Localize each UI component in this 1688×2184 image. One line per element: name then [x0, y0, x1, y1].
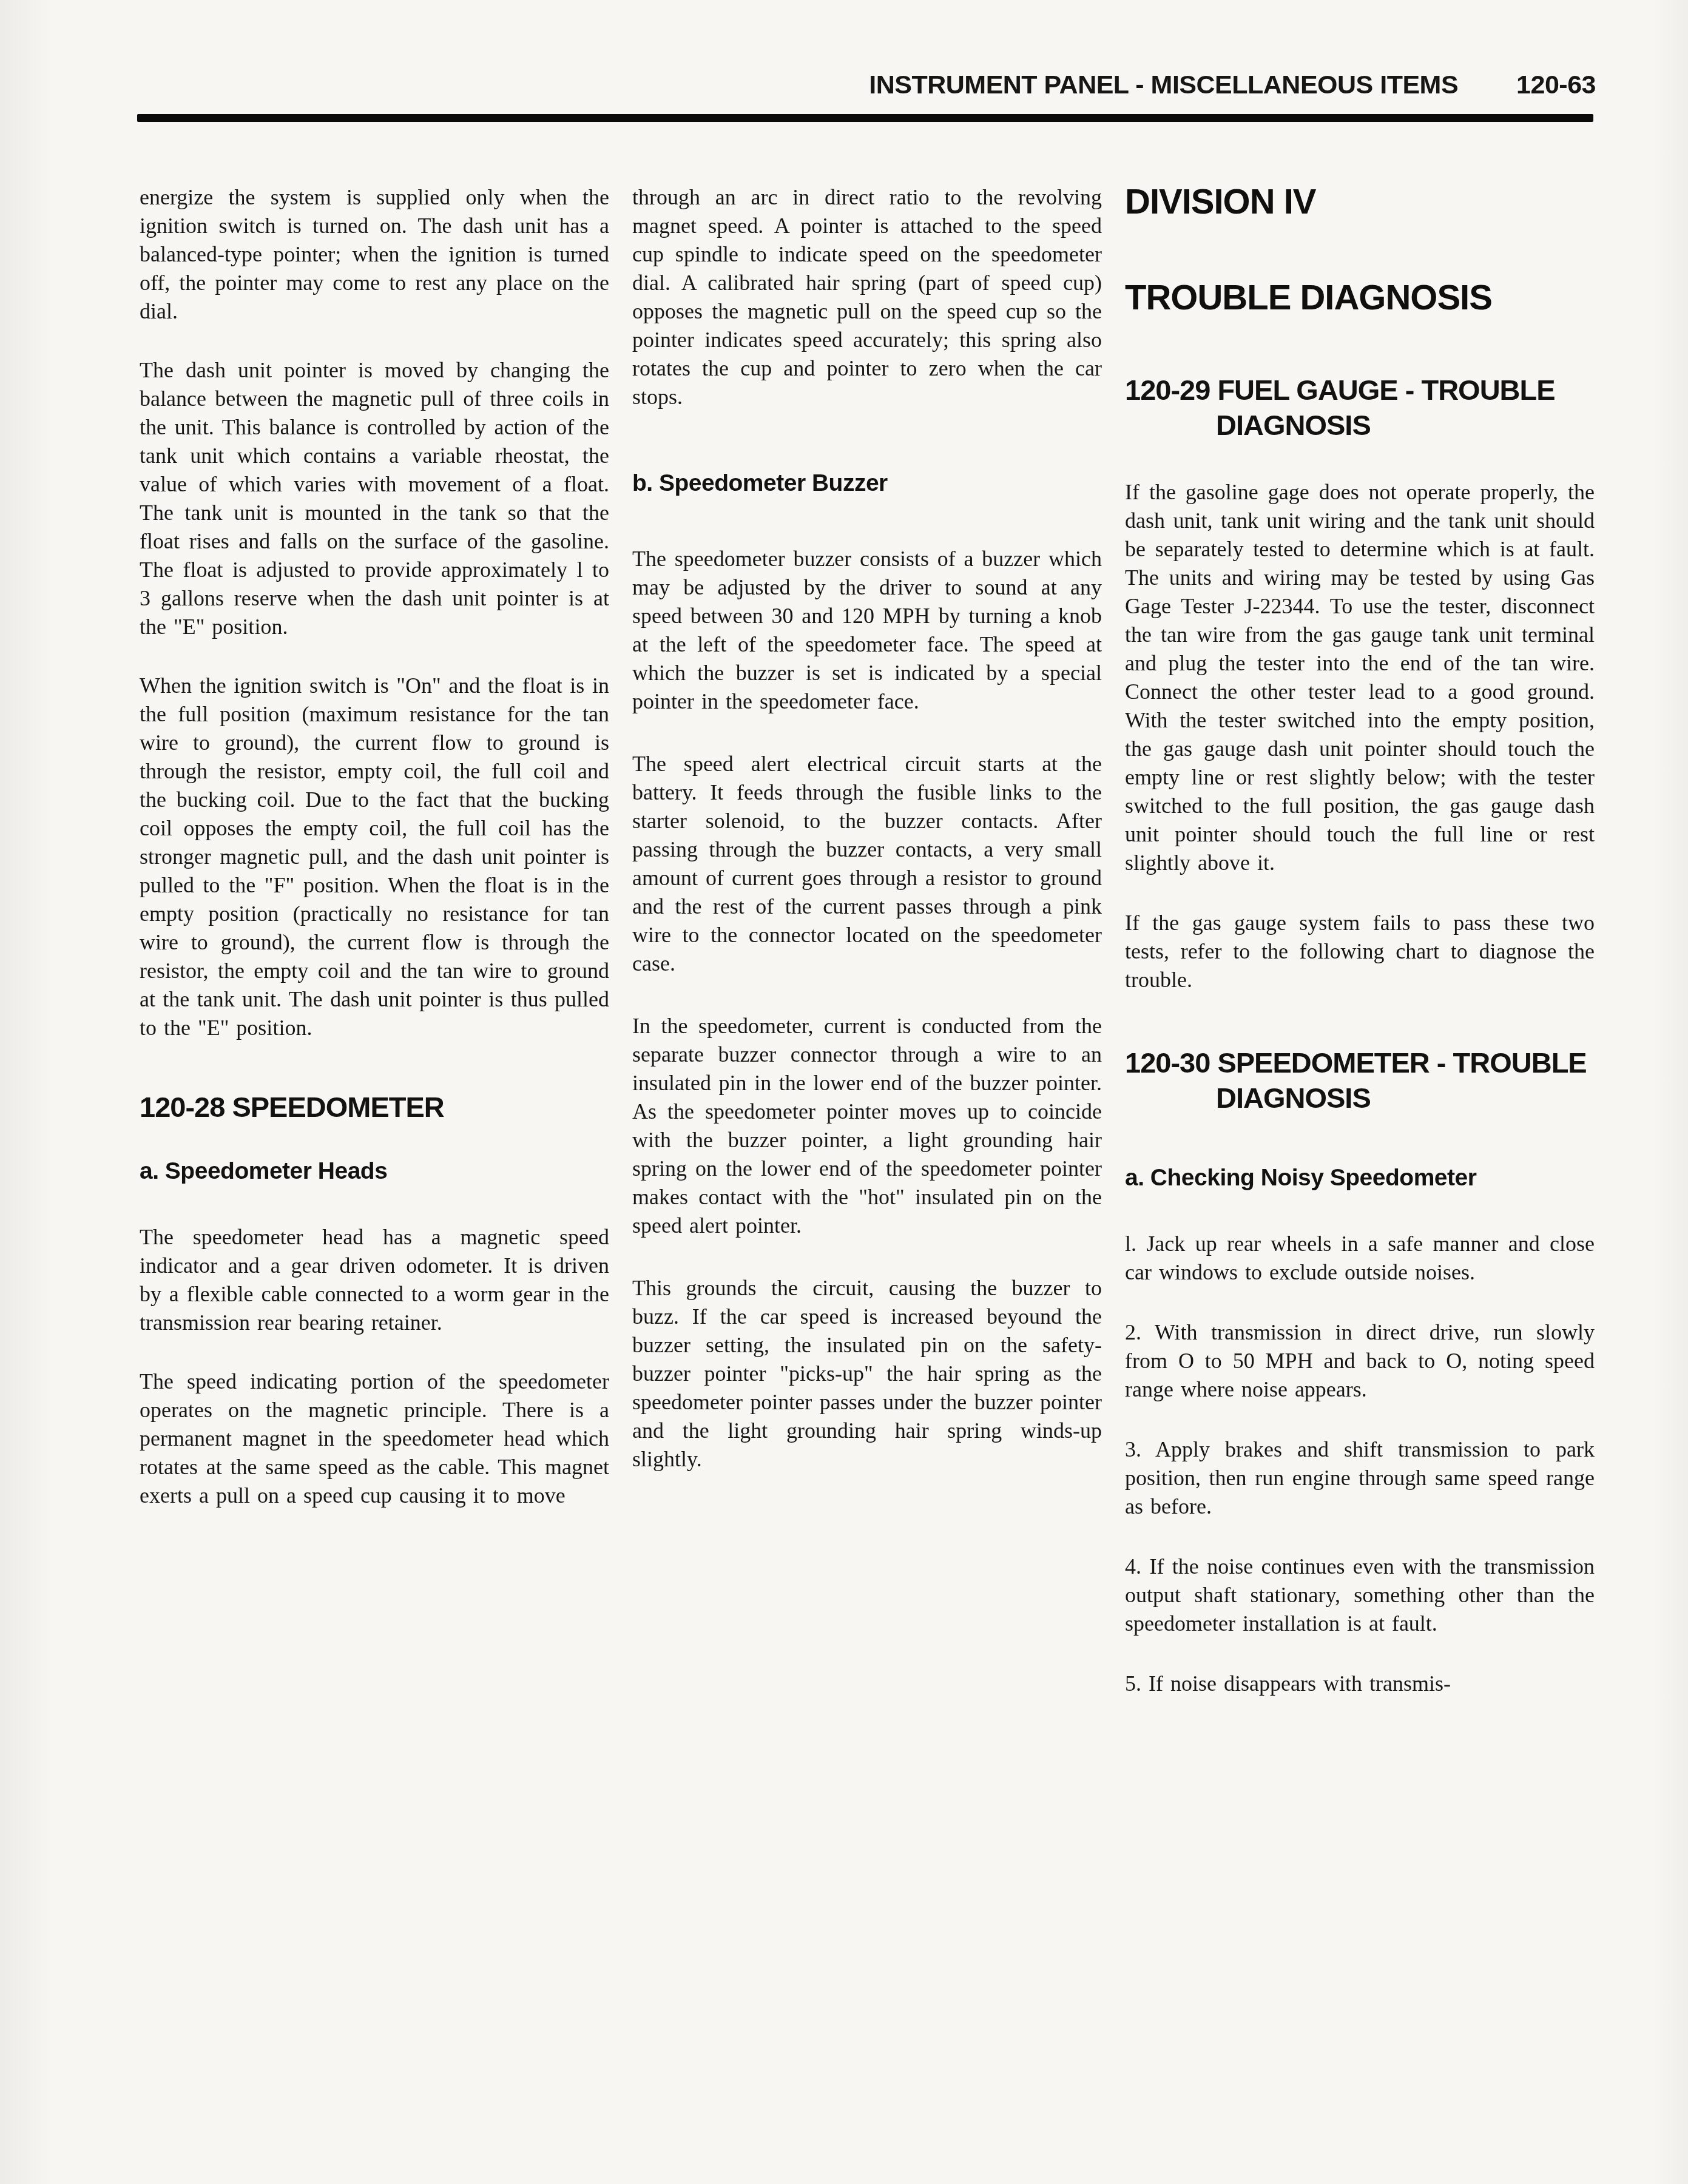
manual-page: INSTRUMENT PANEL - MISCELLANEOUS ITEMS 1…: [0, 0, 1688, 2184]
paragraph: When the ignition switch is "On" and the…: [140, 672, 609, 1042]
page-header: INSTRUMENT PANEL - MISCELLANEOUS ITEMS 1…: [140, 70, 1596, 100]
heading-line: 120-29 FUEL GAUGE - TROUBLE: [1125, 372, 1595, 408]
division-heading: DIVISION IV: [1125, 183, 1595, 221]
header-title: INSTRUMENT PANEL - MISCELLANEOUS ITEMS: [869, 70, 1458, 100]
subheading-speedometer-buzzer: b. Speedometer Buzzer: [632, 470, 1102, 497]
division-subheading: TROUBLE DIAGNOSIS: [1125, 279, 1595, 317]
section-heading-120-30: 120-30 SPEEDOMETER - TROUBLE DIAGNOSIS: [1125, 1045, 1595, 1116]
paragraph: The speedometer head has a magnetic spee…: [140, 1223, 609, 1337]
paragraph: If the gasoline gage does not operate pr…: [1125, 478, 1595, 877]
paragraph: In the speedometer, current is conducted…: [632, 1012, 1102, 1240]
list-item: 2. With transmission in direct drive, ru…: [1125, 1318, 1595, 1404]
paragraph: The speed indicating portion of the spee…: [140, 1367, 609, 1510]
text-columns: energize the system is supplied only whe…: [140, 183, 1596, 1730]
heading-line: DIAGNOSIS: [1125, 408, 1595, 443]
section-heading-120-29: 120-29 FUEL GAUGE - TROUBLE DIAGNOSIS: [1125, 372, 1595, 443]
heading-line: DIAGNOSIS: [1125, 1080, 1595, 1116]
column-1: energize the system is supplied only whe…: [140, 183, 609, 1730]
page-number: 120-63: [1516, 70, 1596, 100]
heading-line: 120-30 SPEEDOMETER - TROUBLE: [1125, 1045, 1595, 1080]
paragraph: through an arc in direct ratio to the re…: [632, 183, 1102, 411]
header-rule: [137, 114, 1593, 122]
list-item: 3. Apply brakes and shift transmission t…: [1125, 1435, 1595, 1521]
list-item: 5. If noise disappears with transmis-: [1125, 1670, 1595, 1698]
list-item: l. Jack up rear wheels in a safe manner …: [1125, 1230, 1595, 1287]
subheading-speedometer-heads: a. Speedometer Heads: [140, 1158, 609, 1185]
paragraph: energize the system is supplied only whe…: [140, 183, 609, 326]
section-heading-120-28: 120-28 SPEEDOMETER: [140, 1090, 609, 1125]
paragraph: This grounds the circuit, causing the bu…: [632, 1274, 1102, 1474]
subheading-checking-noisy-speedometer: a. Checking Noisy Speedometer: [1125, 1164, 1595, 1192]
paragraph: The speed alert electrical circuit start…: [632, 750, 1102, 978]
list-item: 4. If the noise continues even with the …: [1125, 1552, 1595, 1638]
paragraph: The speedometer buzzer consists of a buz…: [632, 545, 1102, 716]
column-2: through an arc in direct ratio to the re…: [632, 183, 1102, 1730]
column-3: DIVISION IV TROUBLE DIAGNOSIS 120-29 FUE…: [1125, 183, 1595, 1730]
paragraph: If the gas gauge system fails to pass th…: [1125, 909, 1595, 994]
paragraph: The dash unit pointer is moved by changi…: [140, 356, 609, 641]
